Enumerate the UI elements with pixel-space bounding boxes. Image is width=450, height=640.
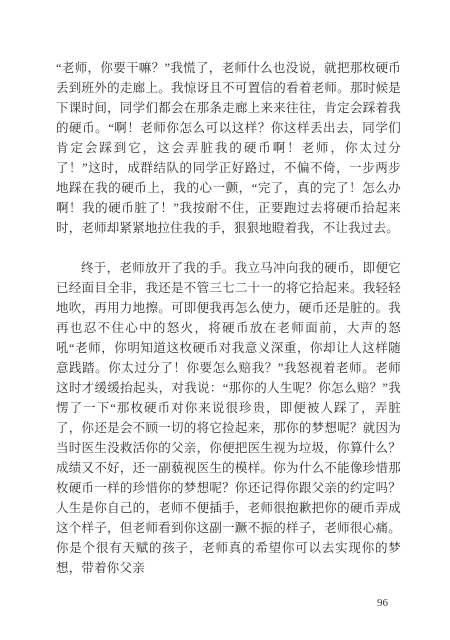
body-paragraph-2: 终于，老师放开了我的手。我立马冲向我的硬币，即便它已经面目全非，我还是不管三七二…	[56, 258, 401, 578]
body-paragraph-1: “老师，你要干嘛？”我慌了，老师什么也没说，就把那枚硬币丢到班外的走廊上。我惊讶…	[56, 58, 401, 238]
page-number: 96	[377, 597, 388, 609]
text-block: “老师，你要干嘛？”我慌了，老师什么也没说，就把那枚硬币丢到班外的走廊上。我惊讶…	[56, 58, 401, 578]
document-page: “老师，你要干嘛？”我慌了，老师什么也没说，就把那枚硬币丢到班外的走廊上。我惊讶…	[0, 0, 450, 640]
